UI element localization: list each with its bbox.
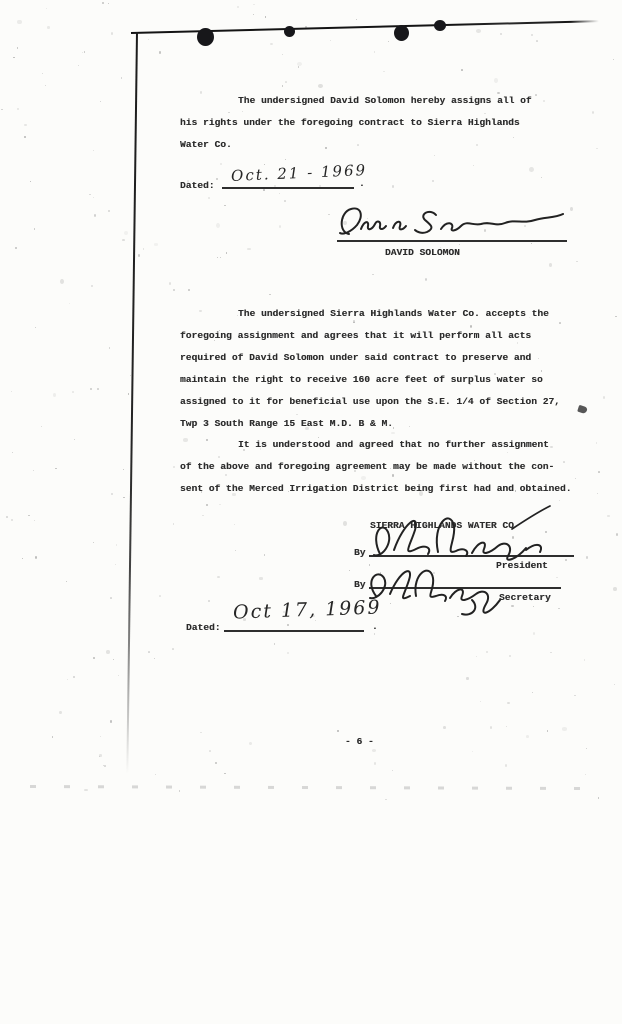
scan-speck	[531, 34, 533, 36]
david-solomon-signature	[333, 202, 568, 242]
scan-speck	[374, 51, 376, 53]
scan-speck	[113, 659, 115, 661]
scan-speck	[11, 391, 12, 392]
scan-speck	[202, 515, 204, 516]
scan-speck	[33, 470, 35, 471]
scan-speck	[47, 26, 49, 29]
dated-label: Dated:	[186, 617, 221, 639]
scan-speck	[533, 632, 535, 635]
page-number: - 6 -	[345, 731, 374, 753]
scan-speck	[388, 41, 389, 42]
scan-speck	[486, 651, 488, 654]
scan-speck	[443, 726, 446, 729]
scan-speck	[607, 515, 609, 518]
scan-speck	[173, 466, 175, 468]
scan-speck	[549, 263, 552, 267]
typed-name-david-solomon: DAVID SOLOMON	[385, 242, 460, 264]
scan-speck	[17, 47, 18, 49]
handwritten-date-company: Oct 17, 1969	[233, 596, 382, 623]
scan-speck	[35, 556, 37, 559]
scan-speck	[110, 720, 112, 722]
scan-speck	[159, 595, 161, 597]
scan-speck	[613, 59, 614, 60]
scan-speck	[35, 327, 36, 328]
scan-speck	[494, 78, 498, 83]
scan-speck	[285, 81, 287, 83]
scan-speck	[287, 652, 289, 654]
scan-speck	[235, 550, 236, 551]
scan-speck	[500, 33, 502, 35]
scan-speck	[425, 278, 427, 281]
scan-speck	[392, 185, 394, 188]
scan-speck	[173, 523, 174, 525]
handwritten-date-solomon: Oct. 21 - 1969	[231, 161, 368, 185]
scan-speck	[559, 500, 560, 501]
scan-speck	[247, 248, 251, 250]
scan-speck	[93, 150, 94, 151]
scan-speck	[532, 692, 533, 693]
scan-speck	[279, 193, 280, 194]
scan-speck	[100, 101, 101, 102]
scan-speck	[155, 774, 156, 775]
scan-speck	[100, 736, 101, 738]
scan-speck	[128, 393, 130, 395]
scan-speck	[586, 748, 587, 749]
scan-speck	[216, 223, 220, 228]
scan-speck	[597, 493, 598, 494]
scan-speck	[372, 274, 374, 276]
scan-speck	[122, 239, 124, 241]
scan-speck	[34, 520, 35, 521]
scan-speck	[385, 799, 387, 800]
scan-speck	[78, 65, 79, 66]
scan-speck	[84, 51, 85, 52]
scan-speck	[270, 43, 273, 45]
scan-speck	[536, 40, 538, 42]
scan-speck	[285, 159, 286, 160]
scan-speck	[188, 289, 190, 291]
scan-edge-line-left	[126, 32, 138, 774]
scan-speck	[265, 16, 267, 18]
scan-speck	[169, 282, 171, 285]
scan-speck	[575, 478, 576, 479]
scan-speck	[259, 577, 262, 579]
scan-speck	[123, 469, 124, 470]
scan-speck	[206, 504, 208, 506]
ink-blot	[577, 405, 588, 414]
scan-noise-band	[30, 785, 580, 789]
scan-speck	[15, 247, 17, 249]
scan-speck	[93, 657, 95, 659]
scan-speck	[208, 197, 210, 199]
scan-speck	[66, 581, 67, 582]
scan-speck	[179, 790, 181, 792]
scan-speck	[562, 727, 566, 731]
scan-speck	[224, 773, 226, 774]
scan-speck	[253, 4, 255, 5]
scan-speck	[72, 391, 74, 393]
scan-speck	[603, 396, 605, 399]
scan-speck	[505, 764, 507, 767]
scan-speck	[596, 442, 597, 444]
no-further-assignment-paragraph: It is understood and agreed that no furt…	[180, 434, 572, 500]
scan-speck	[565, 559, 567, 561]
scan-speck	[219, 504, 220, 505]
period-mark: .	[359, 173, 365, 195]
scan-speck	[466, 677, 468, 680]
scan-speck	[82, 52, 83, 53]
scan-speck	[172, 648, 174, 650]
scan-speck	[374, 762, 376, 765]
period-mark: .	[372, 616, 378, 638]
scan-speck	[506, 726, 507, 727]
scan-speck	[509, 655, 511, 657]
scan-speck	[208, 600, 210, 602]
scan-speck	[592, 111, 594, 114]
scan-speck	[576, 261, 578, 262]
scan-speck	[472, 751, 473, 752]
scan-speck	[279, 225, 281, 228]
scan-speck	[94, 214, 96, 216]
scan-speck	[613, 587, 617, 591]
scan-speck	[90, 388, 92, 390]
scan-speck	[211, 35, 214, 39]
scan-speck	[598, 797, 599, 798]
scan-speck	[110, 597, 112, 599]
scan-speck	[596, 148, 597, 149]
scan-speck	[111, 32, 113, 35]
scan-speck	[392, 770, 394, 771]
scan-speck	[574, 695, 575, 696]
scan-speck	[543, 100, 545, 102]
scan-speck	[22, 558, 23, 559]
scan-speck	[215, 762, 217, 764]
scan-speck	[526, 735, 529, 738]
scan-speck	[598, 471, 600, 473]
scan-speck	[17, 108, 19, 110]
scan-speck	[106, 650, 109, 654]
scan-speck	[558, 608, 560, 609]
scan-speck	[274, 643, 276, 645]
scan-speck	[59, 711, 62, 714]
scan-speck	[102, 2, 104, 5]
scan-speck	[55, 468, 57, 469]
scan-speck	[46, 8, 47, 9]
scan-speck	[216, 178, 218, 180]
scan-speck	[220, 257, 221, 258]
scan-speck	[476, 656, 477, 657]
title-secretary: Secretary	[499, 587, 551, 609]
scan-speck	[269, 294, 271, 296]
scan-speck	[11, 519, 13, 521]
scan-speck	[148, 39, 149, 40]
scan-speck	[138, 254, 140, 256]
hole-punch-mark	[284, 26, 295, 37]
scanned-document-page: The undersigned David Solomon hereby ass…	[0, 0, 622, 1024]
scan-speck	[356, 19, 357, 20]
scan-speck	[550, 652, 551, 653]
scan-speck	[41, 426, 42, 427]
scan-speck	[461, 69, 462, 71]
scan-speck	[529, 167, 534, 172]
scan-speck	[614, 684, 615, 685]
scan-speck	[84, 789, 87, 791]
scan-speck	[118, 675, 119, 676]
scan-speck	[28, 515, 29, 516]
scan-speck	[159, 51, 161, 53]
scan-speck	[490, 726, 492, 729]
scan-speck	[34, 228, 36, 230]
scan-speck	[53, 393, 57, 398]
scan-speck	[73, 676, 75, 678]
scan-speck	[473, 165, 474, 166]
scan-speck	[60, 279, 64, 285]
scan-speck	[264, 554, 266, 556]
scan-speck	[6, 516, 7, 518]
scan-speck	[343, 521, 347, 526]
scan-speck	[328, 214, 330, 215]
scan-speck	[154, 243, 157, 246]
scan-speck	[224, 205, 226, 206]
scan-speck	[585, 774, 586, 775]
scan-speck	[318, 84, 323, 88]
scan-speck	[13, 57, 14, 58]
scan-speck	[298, 66, 299, 68]
scan-speck	[108, 3, 109, 4]
scan-speck	[67, 679, 68, 680]
scan-speck	[69, 303, 70, 304]
scan-speck	[480, 701, 481, 702]
scan-speck	[253, 14, 254, 15]
scan-speck	[123, 497, 125, 498]
scan-speck	[91, 285, 94, 288]
scan-speck	[237, 6, 239, 8]
scan-speck	[547, 730, 549, 732]
scan-speck	[616, 533, 618, 536]
date-underline	[222, 187, 354, 189]
scan-speck	[12, 452, 13, 453]
scan-speck	[111, 493, 113, 495]
acceptance-paragraph: The undersigned Sierra Highlands Water C…	[180, 303, 560, 435]
scan-speck	[200, 732, 202, 733]
scan-speck	[109, 347, 110, 348]
scan-speck	[45, 85, 46, 86]
scan-speck	[42, 73, 44, 75]
scan-speck	[476, 29, 481, 32]
scan-speck	[74, 439, 75, 440]
scan-speck	[556, 577, 557, 578]
scan-speck	[226, 252, 227, 253]
scan-speck	[586, 556, 588, 559]
scan-speck	[17, 20, 21, 24]
scan-speck	[287, 624, 289, 626]
scan-speck	[220, 163, 222, 165]
scan-speck	[93, 542, 94, 543]
scan-speck	[263, 189, 265, 191]
hole-punch-mark	[434, 20, 446, 31]
scan-speck	[535, 94, 537, 96]
scan-speck	[531, 243, 532, 244]
scan-speck	[99, 756, 100, 757]
scan-speck	[584, 659, 585, 661]
scan-speck	[615, 316, 617, 317]
scan-speck	[30, 181, 31, 182]
assignment-paragraph: The undersigned David Solomon hereby ass…	[180, 90, 532, 156]
scan-speck	[249, 742, 252, 745]
scan-speck	[282, 54, 283, 55]
scan-speck	[284, 200, 286, 202]
scan-speck	[507, 702, 510, 704]
scan-speck	[330, 40, 331, 41]
scan-speck	[217, 576, 220, 578]
scan-speck	[383, 71, 385, 72]
scan-speck	[143, 248, 144, 249]
scan-speck	[97, 388, 98, 389]
scan-speck	[52, 736, 53, 738]
hole-punch-mark	[394, 25, 409, 41]
scan-speck	[432, 180, 434, 182]
scan-speck	[104, 765, 106, 766]
scan-speck	[108, 210, 110, 212]
scan-speck	[24, 124, 26, 127]
scan-speck	[154, 658, 155, 659]
scan-speck	[282, 85, 284, 87]
scan-speck	[148, 651, 150, 653]
scan-speck	[173, 289, 175, 291]
scan-speck	[24, 136, 26, 137]
scan-speck	[124, 231, 128, 235]
scan-speck	[570, 207, 573, 211]
scan-speck	[116, 544, 117, 546]
dated-label: Dated:	[180, 175, 215, 197]
scan-speck	[93, 197, 95, 199]
scan-speck	[1, 109, 3, 110]
scan-speck	[234, 524, 235, 525]
date-underline	[224, 630, 364, 632]
scan-speck	[121, 77, 122, 78]
scan-speck	[217, 257, 218, 259]
scan-speck	[209, 750, 211, 752]
scan-speck	[115, 564, 116, 565]
scan-speck	[337, 730, 338, 731]
scan-speck	[89, 194, 91, 195]
